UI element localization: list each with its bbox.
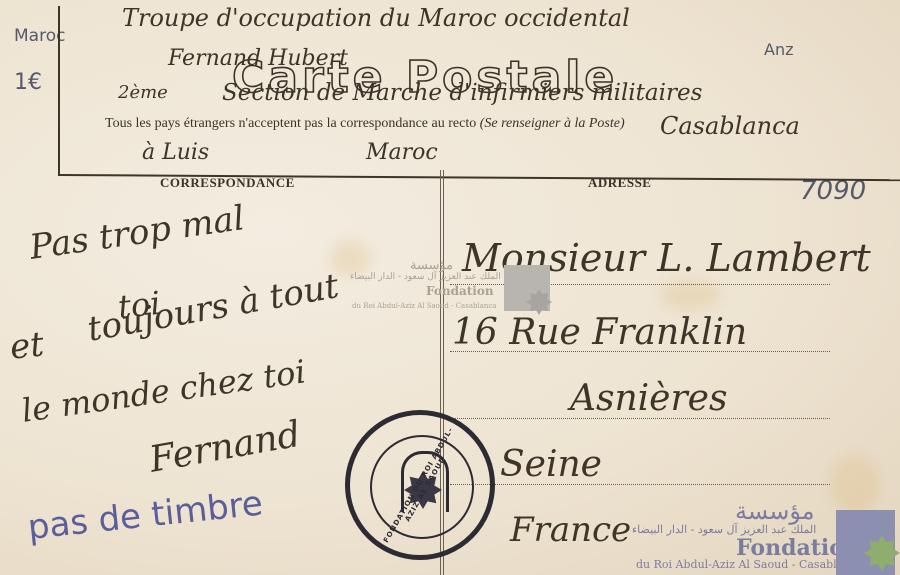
sender-line-3: Section de Marche d'infirmiers militaire… bbox=[222, 80, 702, 106]
sender-line-3-prefix: 2ème bbox=[118, 82, 168, 103]
message-line-5: le monde chez toi bbox=[19, 352, 308, 429]
address-line-2: 16 Rue Franklin bbox=[452, 312, 747, 353]
logo-subtitle: du Roi Abdul-Aziz Al Saoud - Casablanca bbox=[636, 558, 863, 571]
watermark-arabic-subtitle: الملك عبد العزيز آل سعود - الدار البيضاء bbox=[350, 272, 501, 282]
annotation-note: Anz bbox=[764, 40, 793, 59]
sender-line-2: Fernand Hubert bbox=[168, 46, 348, 71]
watermark-arabic-title: مؤسسة bbox=[410, 258, 453, 273]
message-line-1: Pas trop mal bbox=[27, 198, 247, 268]
watermark-subtitle: du Roi Abdul-Aziz Al Saoud - Casablanca bbox=[352, 302, 496, 310]
logo-star-icon bbox=[864, 535, 900, 571]
notice-italic: (Se renseigner à la Poste) bbox=[480, 116, 625, 131]
sender-line-5-left: à Luis bbox=[142, 140, 209, 165]
correspondence-label: CORRESPONDANCE bbox=[160, 175, 295, 191]
signature: Fernand bbox=[146, 414, 303, 481]
stain bbox=[830, 455, 880, 515]
foundation-stamp: FONDATION DU ROI ABDUL-AZIZ AL SAOUD bbox=[345, 410, 495, 560]
sender-line-4: Casablanca bbox=[660, 112, 800, 140]
address-line-5: France bbox=[510, 510, 631, 550]
price-note: 1€ bbox=[14, 70, 42, 95]
no-stamp-note: pas de timbre bbox=[26, 483, 265, 547]
address-line-3: Asnières bbox=[570, 378, 727, 419]
address-label: ADRESSE bbox=[588, 175, 651, 191]
postcard-back: Maroc 1€ Anz 7090 Carte Postale Troupe d… bbox=[0, 0, 900, 575]
message-line-4: toujours à tout bbox=[85, 266, 342, 350]
message-line-3: et bbox=[8, 324, 46, 367]
logo-arabic-title: مؤسسة bbox=[735, 497, 815, 525]
address-line-4: Seine bbox=[500, 444, 602, 485]
stain bbox=[330, 240, 370, 276]
watermark-title: Fondation bbox=[426, 284, 494, 298]
notice-text: Tous les pays étrangers n'acceptent pas … bbox=[105, 116, 476, 131]
bracket-line-vertical bbox=[58, 6, 60, 174]
printed-notice: Tous les pays étrangers n'acceptent pas … bbox=[105, 116, 625, 132]
sender-line-1: Troupe d'occupation du Maroc occidental bbox=[122, 4, 630, 32]
sender-line-5-right: Maroc bbox=[366, 140, 438, 165]
